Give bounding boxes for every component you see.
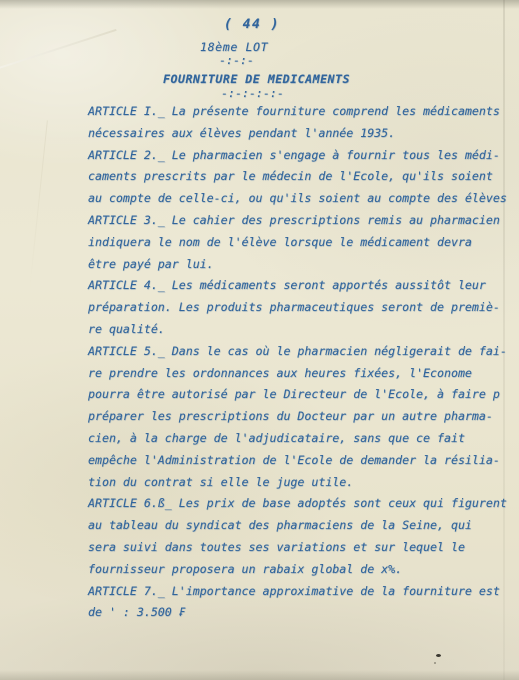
article-6-line: sera suivi dans toutes ses variations et… [88,537,519,559]
article-1-line: ARTICLE I._ La présente fourniture compr… [88,101,519,123]
article-5-line: re prendre les ordonnances aux heures fi… [88,363,519,385]
ink-speck [434,662,436,664]
article-3-line: être payé par lui. [88,254,519,276]
article-7-line: ARTICLE 7._ L'importance approximative d… [88,581,519,603]
article-3-line: indiquera le nom de l'élève lorsque le m… [88,232,519,254]
article-2-line: caments prescrits par le médecin de l'Ec… [88,166,519,188]
article-6-line: au tableau du syndicat des pharmaciens d… [88,515,519,537]
article-5-line: empêche l'Administration de l'Ecole de d… [88,450,519,472]
article-7-line: de ' : 3.500 ₣ [88,602,519,624]
paper-crease [0,29,117,77]
scanned-document-page: ( 44 ) 18ème LOT -:-:- FOURNITURE DE MED… [0,0,519,680]
article-4-line: re qualité. [88,319,519,341]
article-3-line: ARTICLE 3._ Le cahier des prescriptions … [88,210,519,232]
article-5-line: préparer les prescriptions du Docteur pa… [88,406,519,428]
article-1-line: nécessaires aux élèves pendant l'année 1… [88,123,519,145]
article-2-line: au compte de celle-ci, ou qu'ils soient … [88,188,519,210]
article-2-line: ARTICLE 2._ Le pharmacien s'engage à fou… [88,145,519,167]
article-4-line: ARTICLE 4._ Les médicaments seront appor… [88,275,519,297]
ink-speck [436,654,441,657]
paper-crease [29,120,48,289]
article-6-line: fournisseur proposera un rabaix global d… [88,559,519,581]
article-5-line: tion du contrat si elle le juge utile. [88,472,519,494]
article-4-line: préparation. Les produits pharmaceutique… [88,297,519,319]
article-5-line: ARTICLE 5._ Dans le cas où le pharmacien… [88,341,519,363]
page-number: ( 44 ) [224,14,280,36]
article-6-line: ARTICLE 6.ß_ Les prix de base adoptés so… [88,493,519,515]
article-5-line: cien, à la charge de l'adjudicataire, sa… [88,428,519,450]
scan-top-shadow [0,0,519,9]
article-5-line: pourra être autorisé par le Directeur de… [88,384,519,406]
scan-bottom-shadow [0,670,519,680]
document-body: ARTICLE I._ La présente fourniture compr… [88,101,519,624]
